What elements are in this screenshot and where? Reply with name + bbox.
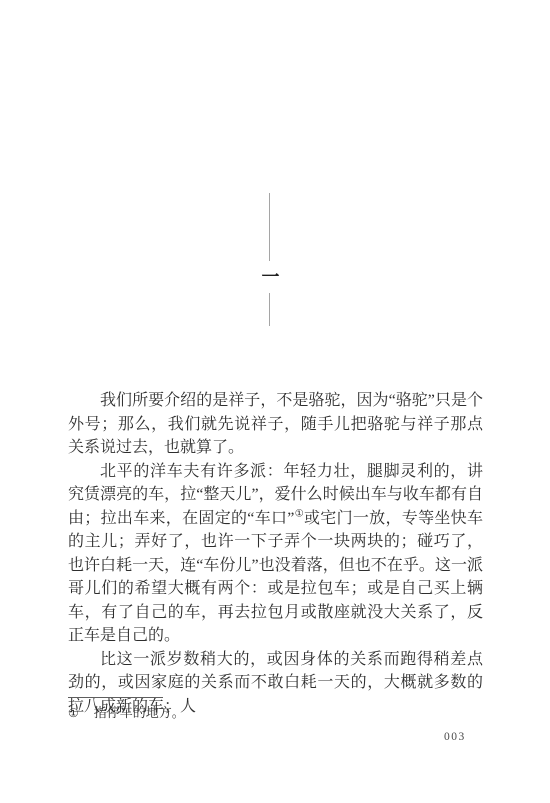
footnote-marker: ① — [68, 704, 79, 722]
body-text: 我们所要介绍的是祥子，不是骆驼，因为“骆驼”只是个外号；那么，我们就先说祥子，随… — [68, 389, 483, 718]
footnote-reference-marker: ① — [294, 508, 304, 519]
paragraph-2: 北平的洋车夫有许多派：年轻力壮，腿脚灵利的，讲究赁漂亮的车，拉“整天儿”，爱什么… — [68, 460, 483, 648]
footnote: ①指停车的地方。 — [68, 704, 483, 722]
paragraph-2-text-after-note: 或宅门一放，专等坐快车的主儿；弄好了，也许一下子弄个一块两块的；碰巧了，也许白耗… — [68, 510, 483, 645]
footnote-divider — [68, 697, 163, 698]
page-number: 003 — [444, 731, 466, 743]
book-page: 一 我们所要介绍的是祥子，不是骆驼，因为“骆驼”只是个外号；那么，我们就先说祥子… — [0, 0, 550, 803]
footnote-text: 指停车的地方。 — [94, 705, 185, 720]
chapter-ornament-line-bottom — [269, 293, 270, 326]
chapter-ornament-line-top — [269, 193, 270, 261]
paragraph-1: 我们所要介绍的是祥子，不是骆驼，因为“骆驼”只是个外号；那么，我们就先说祥子，随… — [68, 389, 483, 460]
chapter-number: 一 — [250, 266, 291, 288]
